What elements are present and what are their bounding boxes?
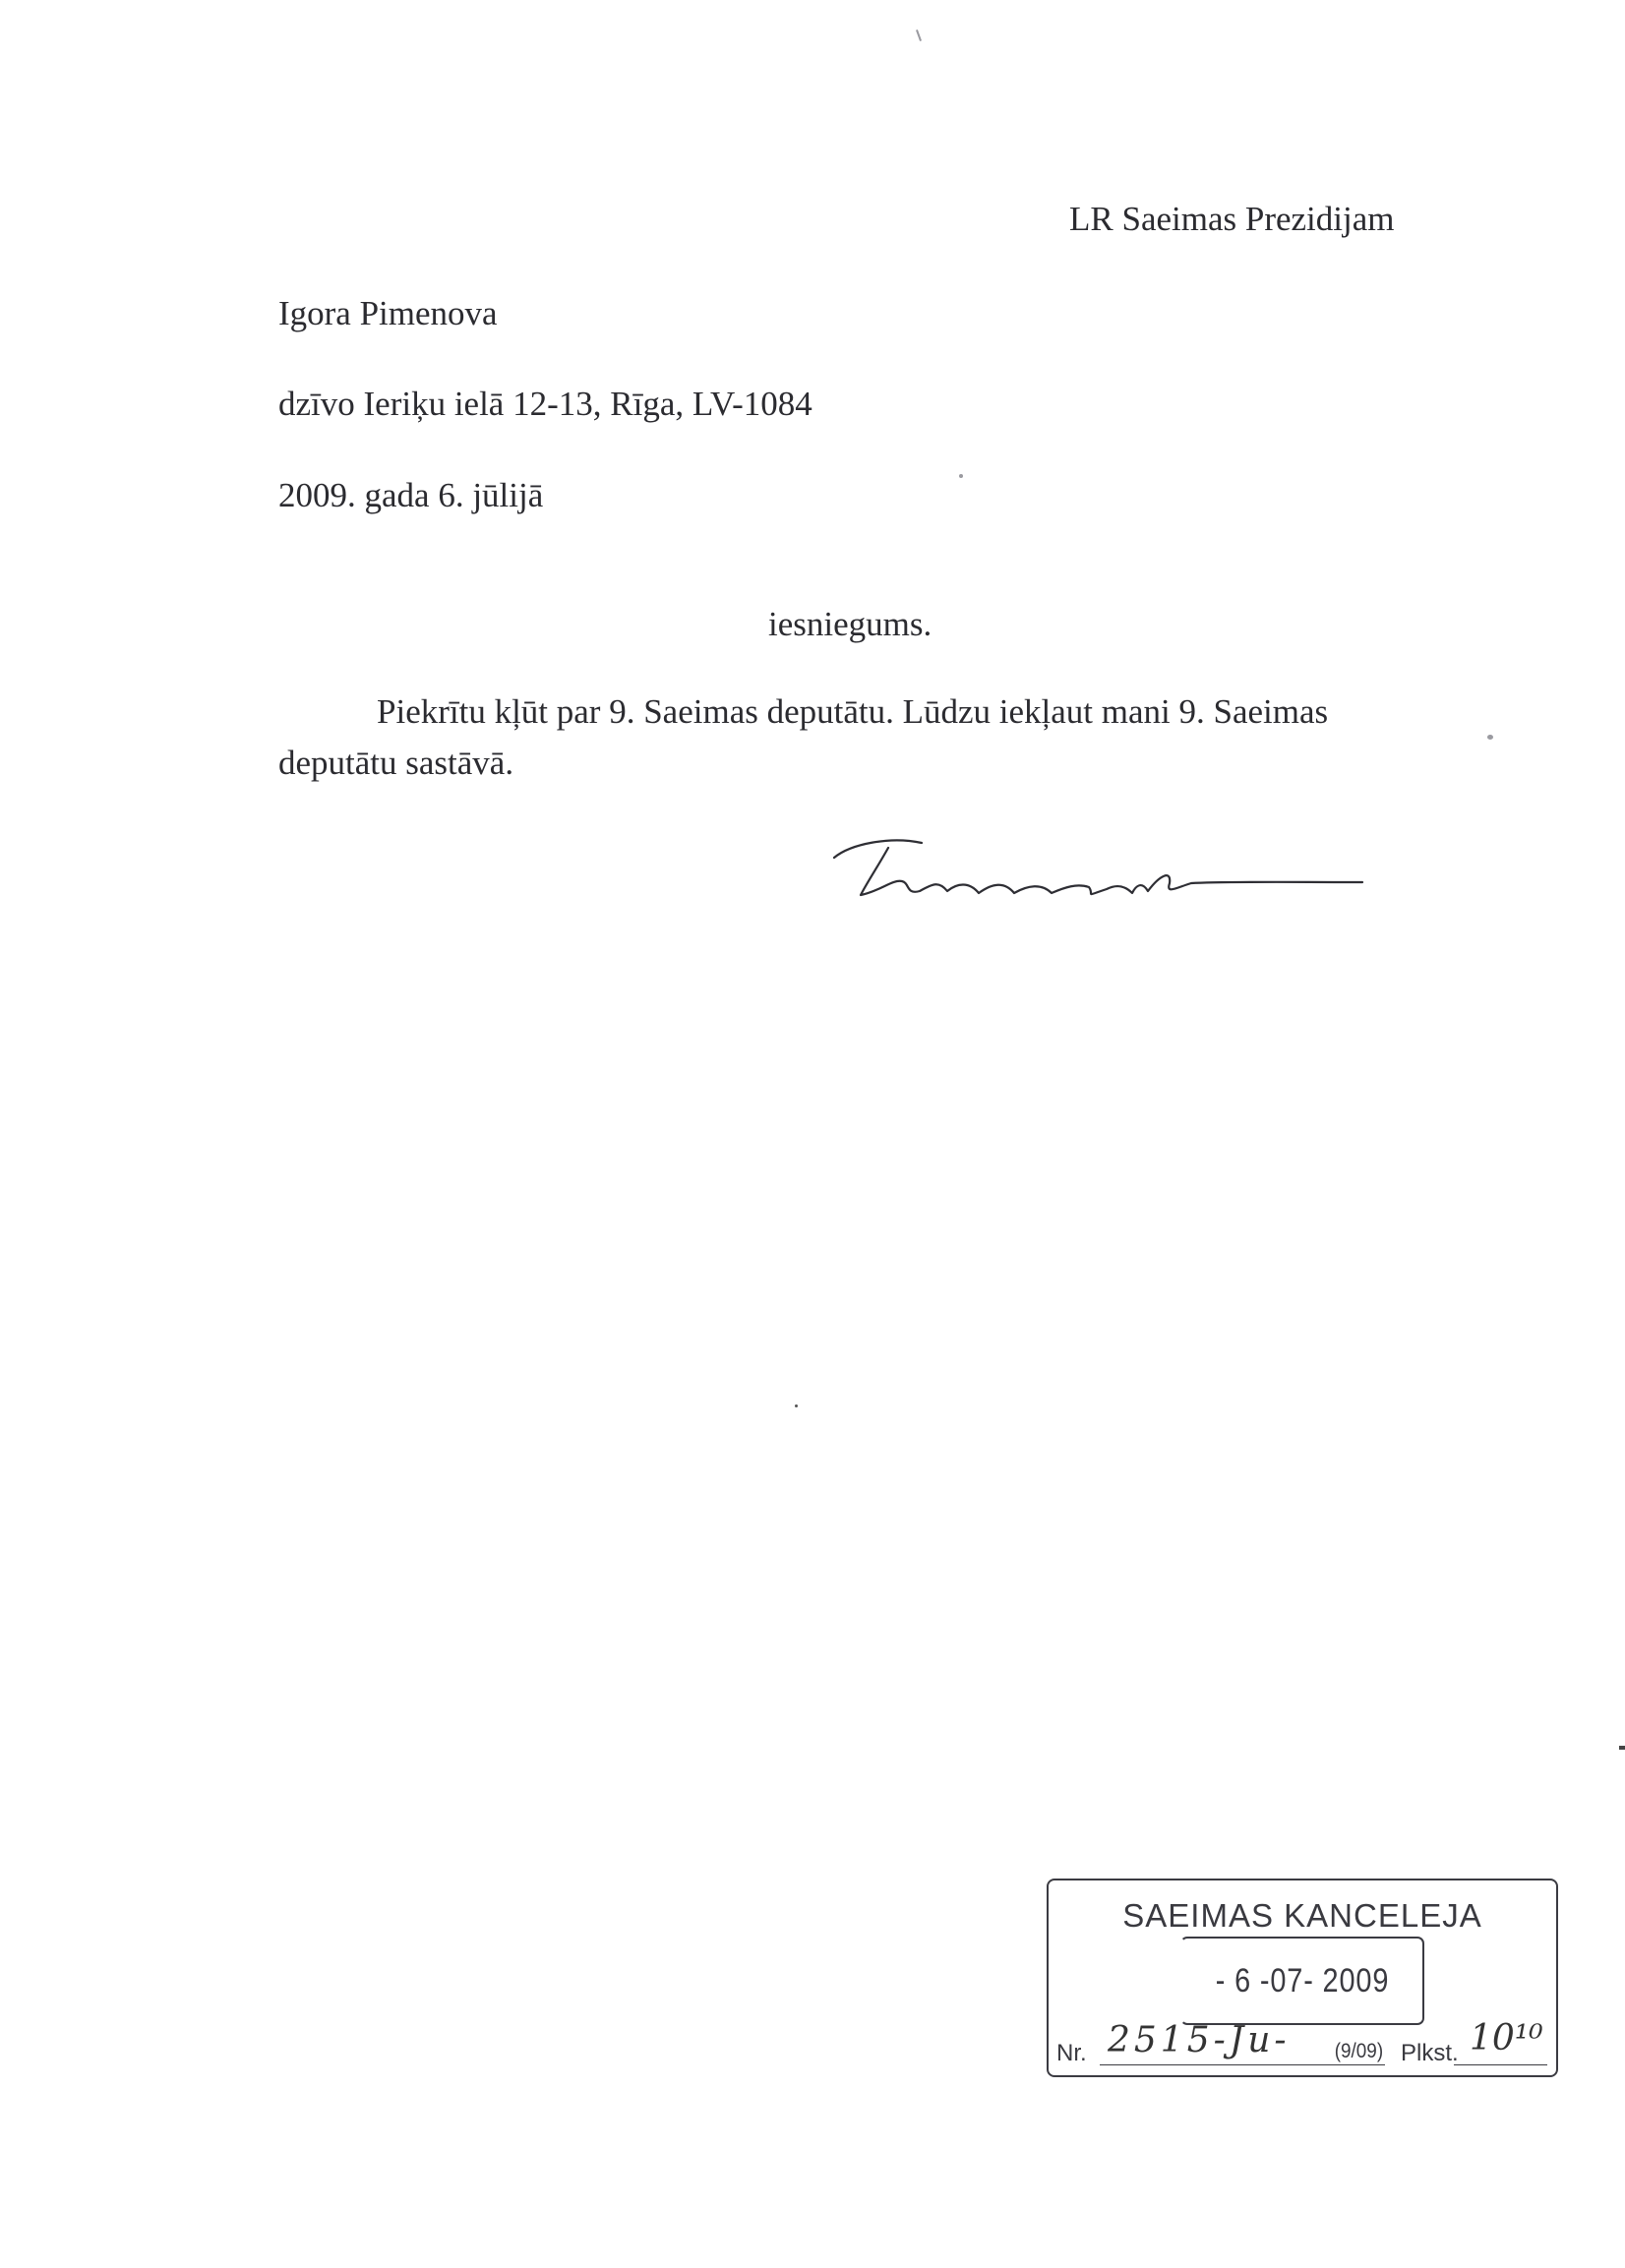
stamp-number-underline [1100, 2064, 1385, 2065]
scanned-letter-page: LR Saeimas Prezidijam Igora Pimenova dzī… [0, 0, 1625, 2268]
document-date: 2009. gada 6. jūlijā [278, 478, 543, 512]
body-text-line-1: Piekrītu kļūt par 9. Saeimas deputātu. L… [377, 694, 1328, 729]
stamp-time-handwritten: 10¹⁰ [1470, 2018, 1543, 2059]
scan-speck [916, 30, 922, 41]
stamp-number-handwritten: 2515-Ju- [1108, 2020, 1291, 2060]
stamp-time-underline [1454, 2064, 1547, 2065]
stamp-number-code: (9/09) [1335, 2040, 1383, 2063]
scan-speck [1487, 735, 1493, 740]
sender-address: dzīvo Ieriķu ielā 12-13, Rīga, LV-1084 [278, 387, 812, 421]
registry-stamp: SAEIMAS KANCELEJA - 6 -07- 2009 Nr. 2515… [1047, 1879, 1558, 2077]
addressee: LR Saeimas Prezidijam [1069, 202, 1394, 236]
stamp-time-label: Plkst. [1401, 2040, 1459, 2067]
sender-name: Igora Pimenova [278, 296, 498, 330]
stamp-date: - 6 -07- 2009 [1200, 1962, 1404, 2000]
signature-icon [831, 826, 1441, 905]
scan-speck [1619, 1746, 1625, 1750]
scan-speck [959, 474, 963, 478]
stamp-date-box: - 6 -07- 2009 [1180, 1937, 1424, 2025]
stamp-title: SAEIMAS KANCELEJA [1049, 1897, 1556, 1935]
document-title: iesniegums. [768, 607, 932, 641]
body-text-line-2: deputātu sastāvā. [278, 746, 513, 780]
scan-speck [795, 1404, 798, 1407]
stamp-number-label: Nr. [1056, 2040, 1087, 2067]
